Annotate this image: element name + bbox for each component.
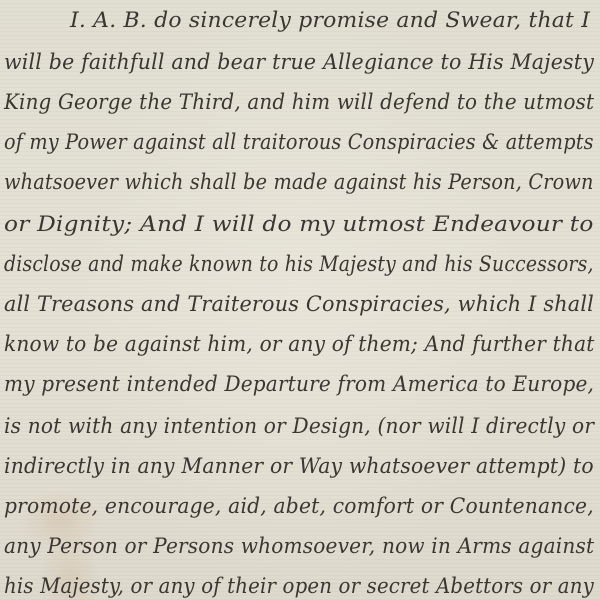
- manuscript-page: I. A. B. do sincerely promise and Swear,…: [0, 0, 600, 600]
- manuscript-line: will be faithfull and bear true Allegian…: [4, 50, 594, 74]
- manuscript-line: whatsoever which shall be made against h…: [4, 170, 594, 194]
- manuscript-line: indirectly in any Manner or Way whatsoev…: [4, 454, 594, 478]
- manuscript-line: my present intended Departure from Ameri…: [4, 372, 594, 396]
- manuscript-line: know to be against him, or any of them; …: [4, 332, 595, 356]
- manuscript-line: any Person or Persons whomsoever, now in…: [4, 534, 594, 558]
- manuscript-line: all Treasons and Traiterous Conspiracies…: [4, 292, 594, 316]
- manuscript-line: promote, encourage, aid, abet, comfort o…: [4, 494, 594, 518]
- manuscript-line: of my Power against all traitorous Consp…: [4, 130, 594, 154]
- manuscript-line: I. A. B. do sincerely promise and Swear,…: [70, 8, 590, 32]
- manuscript-line: disclose and make known to his Majesty a…: [4, 252, 594, 276]
- manuscript-line: King George the Third, and him will defe…: [4, 90, 594, 114]
- manuscript-line: his Majesty, or any of their open or sec…: [4, 574, 594, 598]
- manuscript-line: or Dignity; And I will do my utmost Ende…: [4, 212, 594, 236]
- manuscript-line: is not with any intention or Design, (no…: [4, 414, 594, 438]
